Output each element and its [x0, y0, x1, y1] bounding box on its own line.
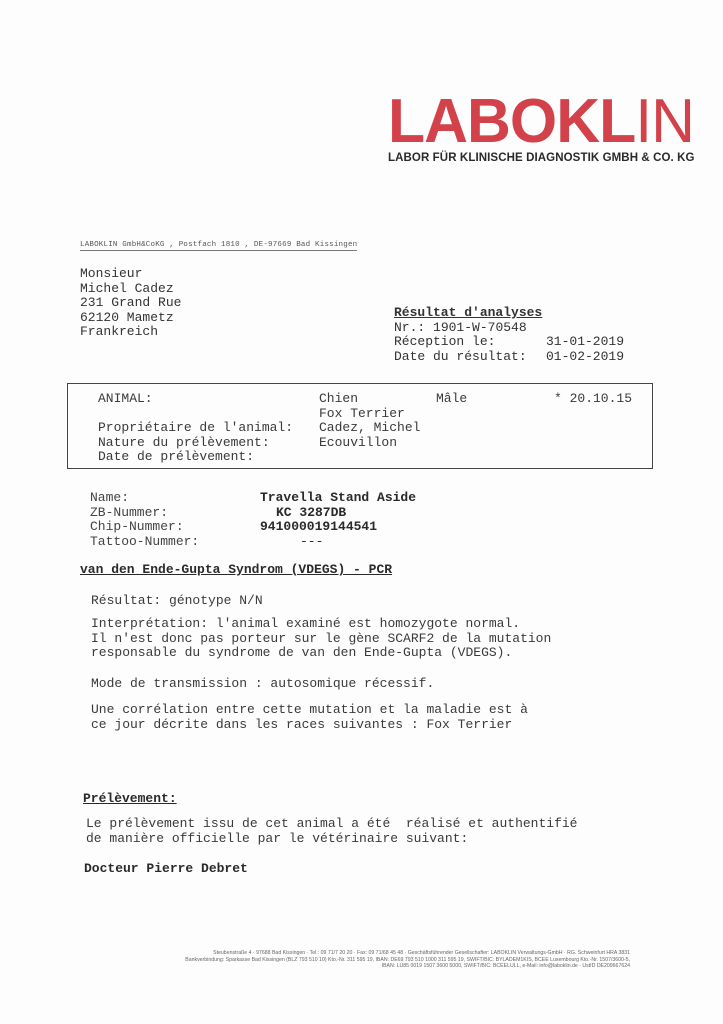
address-line: 62120 Mametz	[80, 311, 181, 326]
company-footer: Steubenstraße 4 · 97688 Bad Kissingen · …	[110, 950, 630, 970]
reception-date-value: 31-01-2019	[546, 334, 624, 349]
reception-date-row: Réception le:31-01-2019	[394, 335, 624, 350]
sample-date-label: Date de prélèvement:	[98, 450, 254, 465]
sample-type-value: Ecouvillon	[319, 436, 397, 451]
correlation-line: Une corrélation entre cette mutation et …	[91, 703, 528, 718]
transmission-mode: Mode de transmission : autosomique réces…	[91, 677, 434, 692]
animal-sex: Mâle	[436, 392, 467, 407]
zb-number-label: ZB-Nummer:	[90, 506, 168, 521]
animal-breed: Fox Terrier	[319, 407, 405, 422]
sampling-line: Le prélèvement issu de cet animal a été …	[86, 817, 577, 832]
animal-species: Chien	[319, 392, 358, 407]
sampling-line: de manière officielle par le vétérinaire…	[86, 832, 577, 847]
result-title: Résultat d'analyses	[394, 306, 624, 321]
transmission-mode-text: Mode de transmission : autosomique réces…	[91, 677, 434, 692]
tattoo-number-value: ---	[300, 535, 323, 550]
sampling-section-title: Prélèvement:	[83, 791, 177, 806]
interpretation-line: responsable du syndrome de van den Ende-…	[91, 646, 551, 661]
animal-label: ANIMAL:	[98, 392, 153, 407]
chip-number-value: 941000019144541	[260, 520, 377, 535]
zb-number-value: KC 3287DB	[276, 506, 346, 521]
owner-label: Propriétaire de l'animal:	[98, 421, 293, 436]
laboklin-logo: LABOKLIN LABOR FÜR KLINISCHE DIAGNOSTIK …	[388, 93, 688, 164]
name-label: Name:	[90, 491, 129, 506]
animal-birth-date: * 20.10.15	[554, 392, 632, 407]
genotype-result-text: Résultat: génotype N/N	[91, 594, 263, 609]
owner-value: Cadez, Michel	[319, 421, 420, 436]
address-line: Frankreich	[80, 325, 181, 340]
tattoo-number-label: Tattoo-Nummer:	[90, 535, 199, 550]
correlation-line: ce jour décrite dans les races suivantes…	[91, 718, 528, 733]
interpretation-line: Interprétation: l'animal examiné est hom…	[91, 617, 551, 632]
result-number-label: Nr.:	[394, 320, 425, 335]
interpretation: Interprétation: l'animal examiné est hom…	[91, 617, 551, 661]
sampling-statement: Le prélèvement issu de cet animal a été …	[86, 817, 577, 846]
test-title: van den Ende-Gupta Syndrom (VDEGS) - PCR	[80, 562, 392, 577]
reception-date-label: Réception le:	[394, 335, 546, 350]
address-line: 231 Grand Rue	[80, 296, 181, 311]
result-number-row: Nr.: 1901-W-70548	[394, 321, 624, 336]
breed-correlation: Une corrélation entre cette mutation et …	[91, 703, 528, 732]
interpretation-line: Il n'est donc pas porteur sur le gène SC…	[91, 632, 551, 647]
veterinarian-name: Docteur Pierre Debret	[84, 861, 248, 876]
logo-wordmark: LABOKLIN	[388, 93, 682, 151]
result-header: Résultat d'analyses Nr.: 1901-W-70548 Ré…	[394, 306, 624, 364]
name-value: Travella Stand Aside	[260, 491, 416, 506]
result-date-row: Date du résultat:01-02-2019	[394, 350, 624, 365]
result-date-label: Date du résultat:	[394, 350, 546, 365]
footer-line: IBAN: LU85 0019 1507 3600 5000, SWIFT/BI…	[110, 963, 630, 970]
chip-number-label: Chip-Nummer:	[90, 520, 184, 535]
result-date-value: 01-02-2019	[546, 349, 624, 364]
recipient-address: Monsieur Michel Cadez 231 Grand Rue 6212…	[80, 267, 181, 340]
animal-info-box: ANIMAL: Chien Mâle * 20.10.15 Fox Terrie…	[67, 383, 653, 469]
sender-return-address: LABOKLIN GmbH&CoKG , Postfach 1810 , DE-…	[80, 241, 357, 251]
genotype-result: Résultat: génotype N/N	[91, 594, 263, 609]
sample-type-label: Nature du prélèvement:	[98, 436, 270, 451]
address-line: Michel Cadez	[80, 282, 181, 297]
result-number-value: 1901-W-70548	[433, 320, 527, 335]
address-line: Monsieur	[80, 267, 181, 282]
